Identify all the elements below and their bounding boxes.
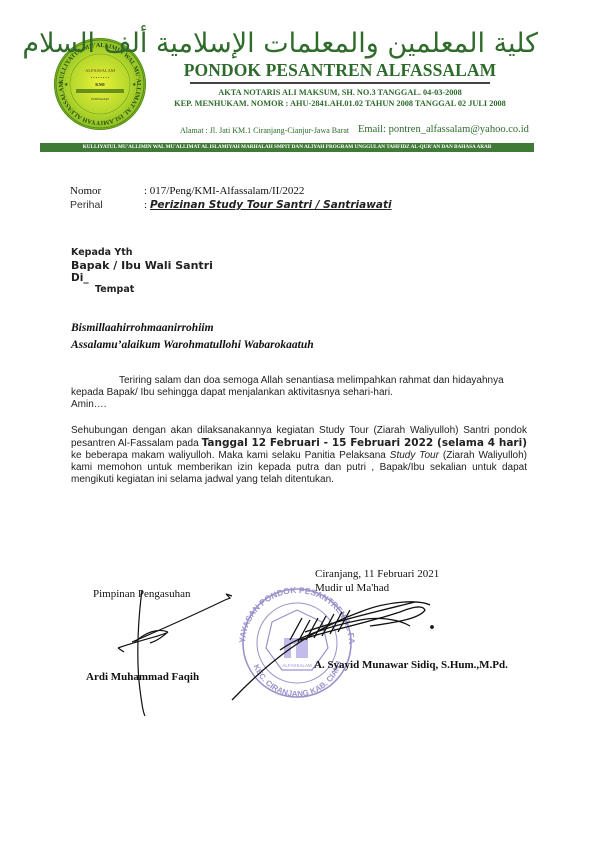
perihal-value: Perizinan Study Tour Santri / Santriawat… <box>150 198 392 212</box>
email: Email: pontren_alfassalam@yahoo.co.id <box>358 124 529 135</box>
svg-text:• • • • • • • •: • • • • • • • • <box>91 75 110 80</box>
nomor-value: : 017/Peng/KMI-Alfassalam/II/2022 <box>144 184 304 198</box>
right-signatory-title: Mudir ul Ma'had <box>315 581 439 595</box>
address: Alamat : Jl. Jati KM.1 Ciranjang-Cianjur… <box>180 126 349 135</box>
left-signatory-name: Ardi Muhammad Faqih <box>86 671 199 683</box>
para2-text-b: ke beberapa makam waliyulloh. Maka kami … <box>71 450 390 461</box>
perihal-label: Perihal <box>70 198 144 212</box>
para1-line2: kepada Bapak/ Ibu sehingga dapat menjala… <box>71 387 527 399</box>
event-dates: Tanggal 12 Februari - 15 Februari 2022 (… <box>202 437 527 449</box>
basmalah: Bismillaahirrohmaanirrohiim <box>71 320 314 337</box>
nomor-label: Nomor <box>70 184 144 198</box>
perihal-row: Perihal : Perizinan Study Tour Santri / … <box>70 198 392 212</box>
legal-registration: AKTA NOTARIS ALI MAKSUM, SH. NO.3 TANGGA… <box>140 87 540 109</box>
right-signature-scribble <box>232 602 433 700</box>
left-signatory-title: Pimpinan Pengasuhan <box>93 588 190 600</box>
left-signature-scribble <box>118 590 232 716</box>
recipient-salutation: Kepada Yth <box>71 247 213 259</box>
body-paragraph-2: Sehubungan dengan akan dilaksanakannya k… <box>71 425 527 486</box>
arabic-institution-title: كلية المعلمين والمعلمات الإسلامية ألف ال… <box>150 28 538 60</box>
letter-meta: Nomor : 017/Peng/KMI-Alfassalam/II/2022 … <box>70 184 392 212</box>
recipient-name: Bapak / Ibu Wali Santri <box>71 259 213 272</box>
svg-text:★: ★ <box>132 82 137 88</box>
salam-greeting: Assalamu’alaikum Warohmatullohi Wabaroka… <box>71 337 314 354</box>
place-date: Ciranjang, 11 Februari 2021 <box>315 567 439 581</box>
body-paragraph-1: Teriring salam dan doa semoga Allah sena… <box>71 375 527 411</box>
para1-line3: Amin…. <box>71 399 527 411</box>
recipient-di: Di_ <box>71 272 213 284</box>
kep-menhukam: KEP. MENHUKAM. NOMOR : AHU-2841.AH.01.02… <box>140 98 540 109</box>
nomor-row: Nomor : 017/Peng/KMI-Alfassalam/II/2022 <box>70 184 392 198</box>
recipient-block: Kepada Yth Bapak / Ibu Wali Santri Di_ T… <box>71 247 213 296</box>
program-banner: KULLIYATUL MU'ALLIMIN WAL MU'ALLIMAT AL … <box>40 143 534 152</box>
svg-text:★: ★ <box>64 82 69 88</box>
svg-text:ALFASSALAM: ALFASSALAM <box>85 68 115 73</box>
svg-text:PURWASARI: PURWASARI <box>91 97 108 101</box>
right-signatory-name: A. Syayid Munawar Sidiq, S.Hum.,M.Pd. <box>314 659 508 671</box>
institution-name: PONDOK PESANTREN ALFASSALAM <box>150 60 530 81</box>
opening-greeting: Bismillaahirrohmaanirrohiim Assalamu’ala… <box>71 320 314 354</box>
study-tour-italic: Study Tour <box>390 450 439 461</box>
akta-notaris: AKTA NOTARIS ALI MAKSUM, SH. NO.3 TANGGA… <box>140 87 540 98</box>
recipient-place: Tempat <box>71 284 213 296</box>
para1-line1: Teriring salam dan doa semoga Allah sena… <box>71 375 527 387</box>
header-divider <box>190 82 490 84</box>
svg-text:ALFASSALAM: ALFASSALAM <box>282 663 312 668</box>
right-signature-header: Ciranjang, 11 Februari 2021 Mudir ul Ma'… <box>315 567 439 595</box>
svg-text:KMI: KMI <box>95 82 105 87</box>
